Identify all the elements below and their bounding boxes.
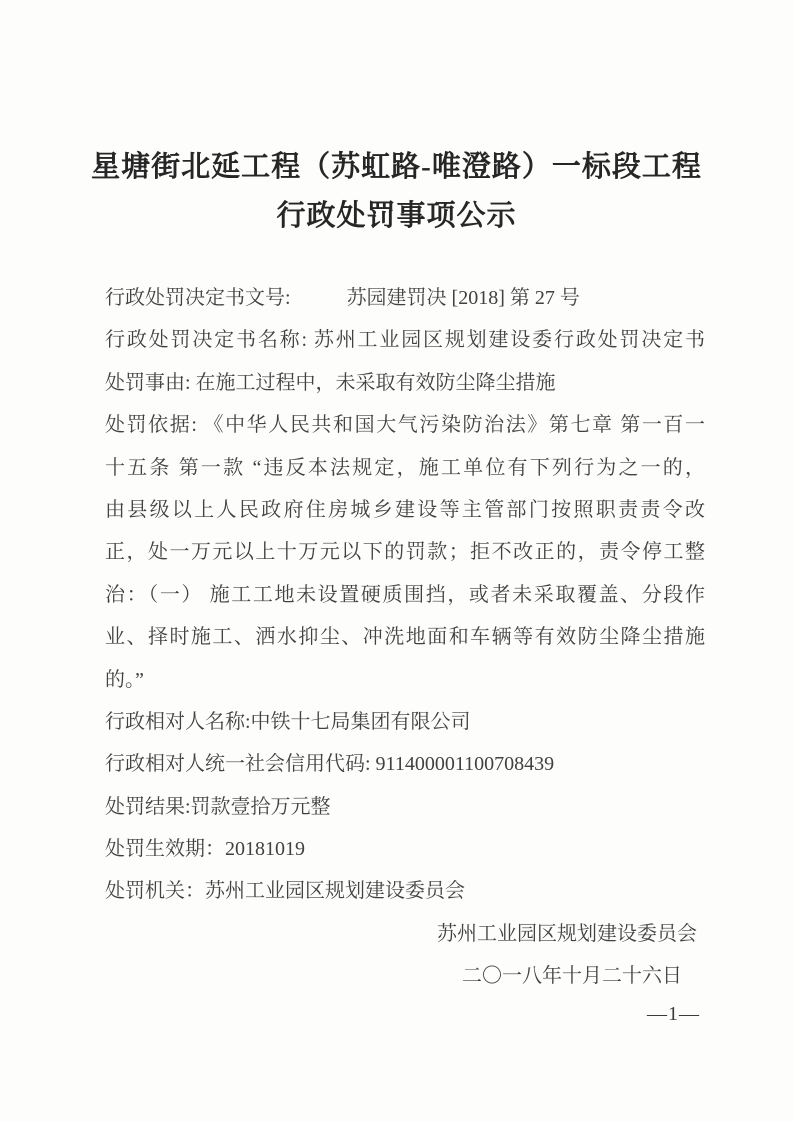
penalty-basis-line-2: 十五条 第一款 “违反本法规定，施工单位有下列行为之一的， [105, 447, 705, 489]
title-line-2: 行政处罚事项公示 [0, 192, 793, 241]
doc-name-line: 行政处罚决定书名称: 苏州工业园区规划建设委行政处罚决定书 [105, 319, 705, 361]
penalty-result-line: 处罚结果:罚款壹拾万元整 [105, 786, 705, 828]
penalty-basis-line-4: 正，处一万元以上十万元以下的罚款；拒不改正的，责令停工整 [105, 531, 705, 573]
penalty-basis-line-3: 由县级以上人民政府住房城乡建设等主管部门按照职责责令改 [105, 489, 705, 531]
title-line-1: 星塘街北延工程（苏虹路-唯澄路）一标段工程 [0, 143, 793, 192]
penalty-basis-line-7: 的。” [105, 659, 705, 701]
signature-org-line: 苏州工业园区规划建设委员会 [105, 913, 705, 955]
doc-number-value: 苏园建罚决 [2018] 第 27 号 [347, 287, 580, 309]
doc-number-line: 行政处罚决定书文号:苏园建罚决 [2018] 第 27 号 [105, 277, 705, 319]
document-body: 行政处罚决定书文号:苏园建罚决 [2018] 第 27 号 行政处罚决定书名称:… [105, 277, 705, 998]
page-number: —1— [647, 1003, 700, 1026]
penalty-basis-line-1: 处罚依据: 《中华人民共和国大气污染防治法》第七章 第一百一 [105, 404, 705, 446]
penalty-authority-line: 处罚机关：苏州工业园区规划建设委员会 [105, 870, 705, 912]
doc-number-label: 行政处罚决定书文号: [105, 287, 291, 309]
penalty-effective-date-line: 处罚生效期：20181019 [105, 828, 705, 870]
penalty-basis-line-6: 业、择时施工、洒水抑尘、冲洗地面和车辆等有效防尘降尘措施 [105, 616, 705, 658]
signature-date-line: 二〇一八年十月二十六日 [105, 955, 705, 997]
document-title: 星塘街北延工程（苏虹路-唯澄路）一标段工程 行政处罚事项公示 [0, 143, 793, 241]
respondent-name-line: 行政相对人名称:中铁十七局集团有限公司 [105, 701, 705, 743]
penalty-basis-line-5: 治：（一） 施工工地未设置硬质围挡，或者未采取覆盖、分段作 [105, 574, 705, 616]
document-page: 星塘街北延工程（苏虹路-唯澄路）一标段工程 行政处罚事项公示 行政处罚决定书文号… [0, 0, 793, 1122]
penalty-reason-line: 处罚事由: 在施工过程中，未采取有效防尘降尘措施 [105, 362, 705, 404]
respondent-credit-code-line: 行政相对人统一社会信用代码: 911400001100708439 [105, 743, 705, 785]
